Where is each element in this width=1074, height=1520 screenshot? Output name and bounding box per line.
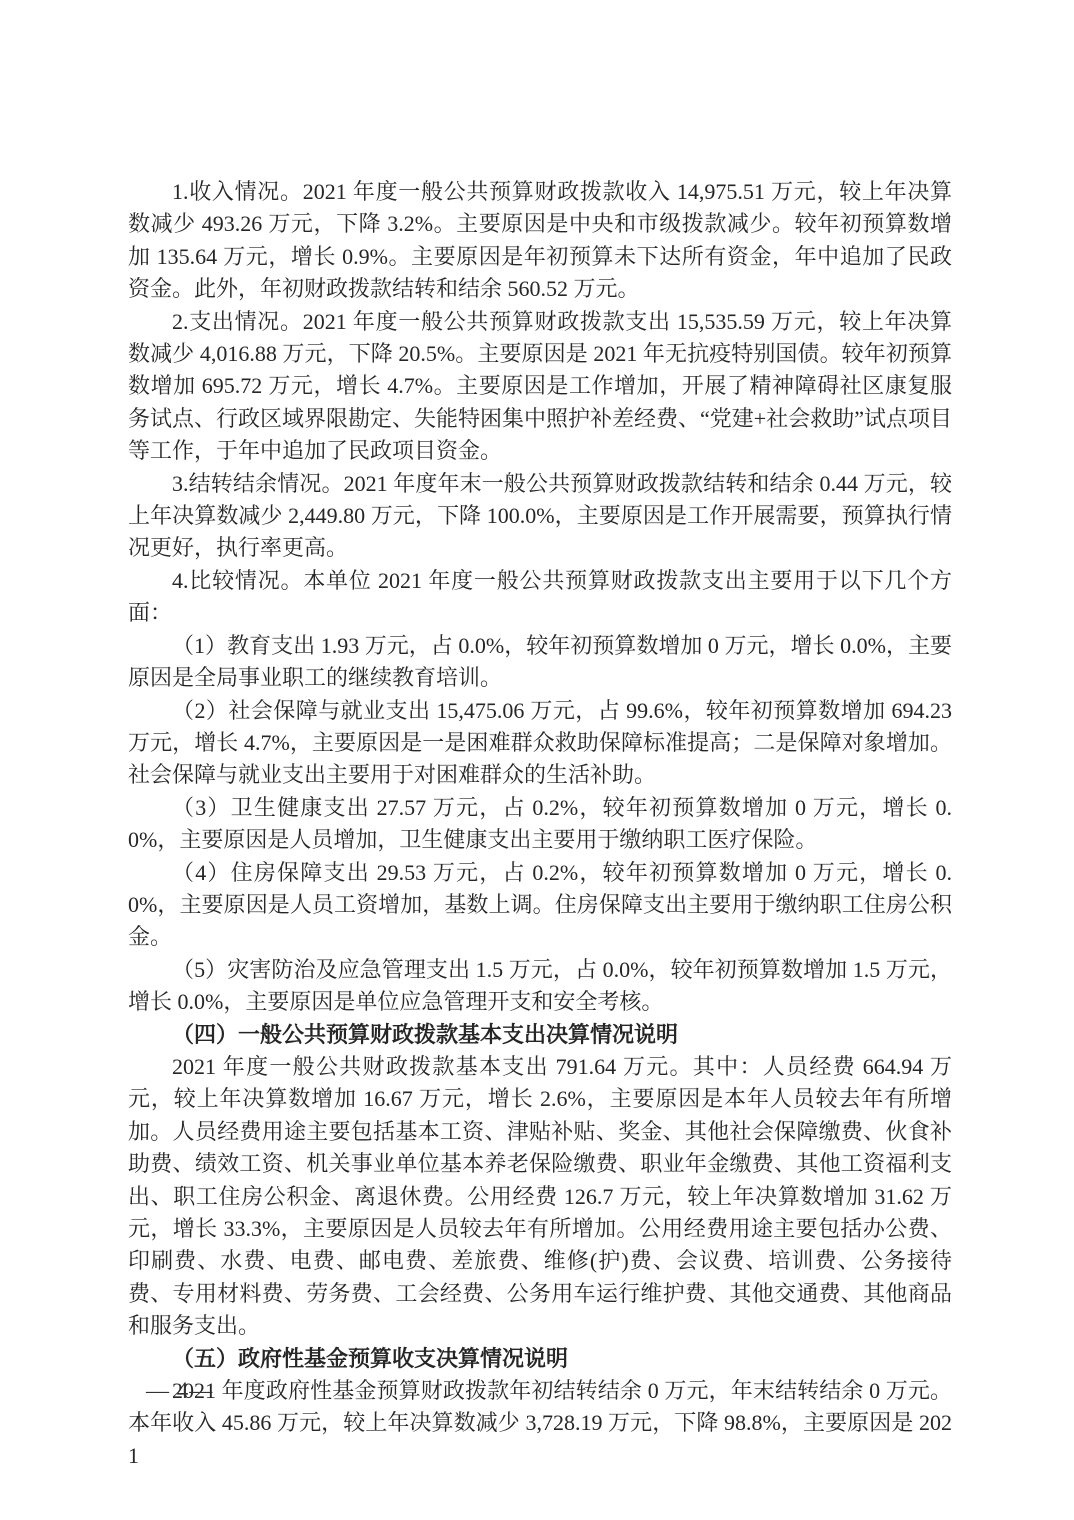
document-page: 1.收入情况。2021 年度一般公共预算财政拨款收入 14,975.51 万元，… xyxy=(0,0,1074,1520)
document-body: 1.收入情况。2021 年度一般公共预算财政拨款收入 14,975.51 万元，… xyxy=(128,176,952,1472)
section-heading: （五）政府性基金预算收支决算情况说明 xyxy=(128,1343,952,1375)
paragraph: （5）灾害防治及应急管理支出 1.5 万元，占 0.0%，较年初预算数增加 1.… xyxy=(128,954,952,1019)
page-number: — 4— xyxy=(146,1378,213,1404)
paragraph: 4.比较情况。本单位 2021 年度一般公共预算财政拨款支出主要用于以下几个方面… xyxy=(128,565,952,630)
paragraph: （3）卫生健康支出 27.57 万元，占 0.2%，较年初预算数增加 0 万元，… xyxy=(128,792,952,857)
section-heading: （四）一般公共预算财政拨款基本支出决算情况说明 xyxy=(128,1019,952,1051)
paragraph: （2）社会保障与就业支出 15,475.06 万元，占 99.6%，较年初预算数… xyxy=(128,695,952,792)
paragraph: 3.结转结余情况。2021 年度年末一般公共预算财政拨款结转和结余 0.44 万… xyxy=(128,468,952,565)
paragraph: （4）住房保障支出 29.53 万元，占 0.2%，较年初预算数增加 0 万元，… xyxy=(128,857,952,954)
paragraph: 2021 年度一般公共财政拨款基本支出 791.64 万元。其中：人员经费 66… xyxy=(128,1051,952,1343)
paragraph: 2021 年度政府性基金预算财政拨款年初结转结余 0 万元，年末结转结余 0 万… xyxy=(128,1375,952,1472)
paragraph: （1）教育支出 1.93 万元，占 0.0%，较年初预算数增加 0 万元，增长 … xyxy=(128,630,952,695)
paragraph: 1.收入情况。2021 年度一般公共预算财政拨款收入 14,975.51 万元，… xyxy=(128,176,952,306)
paragraph: 2.支出情况。2021 年度一般公共预算财政拨款支出 15,535.59 万元，… xyxy=(128,306,952,468)
